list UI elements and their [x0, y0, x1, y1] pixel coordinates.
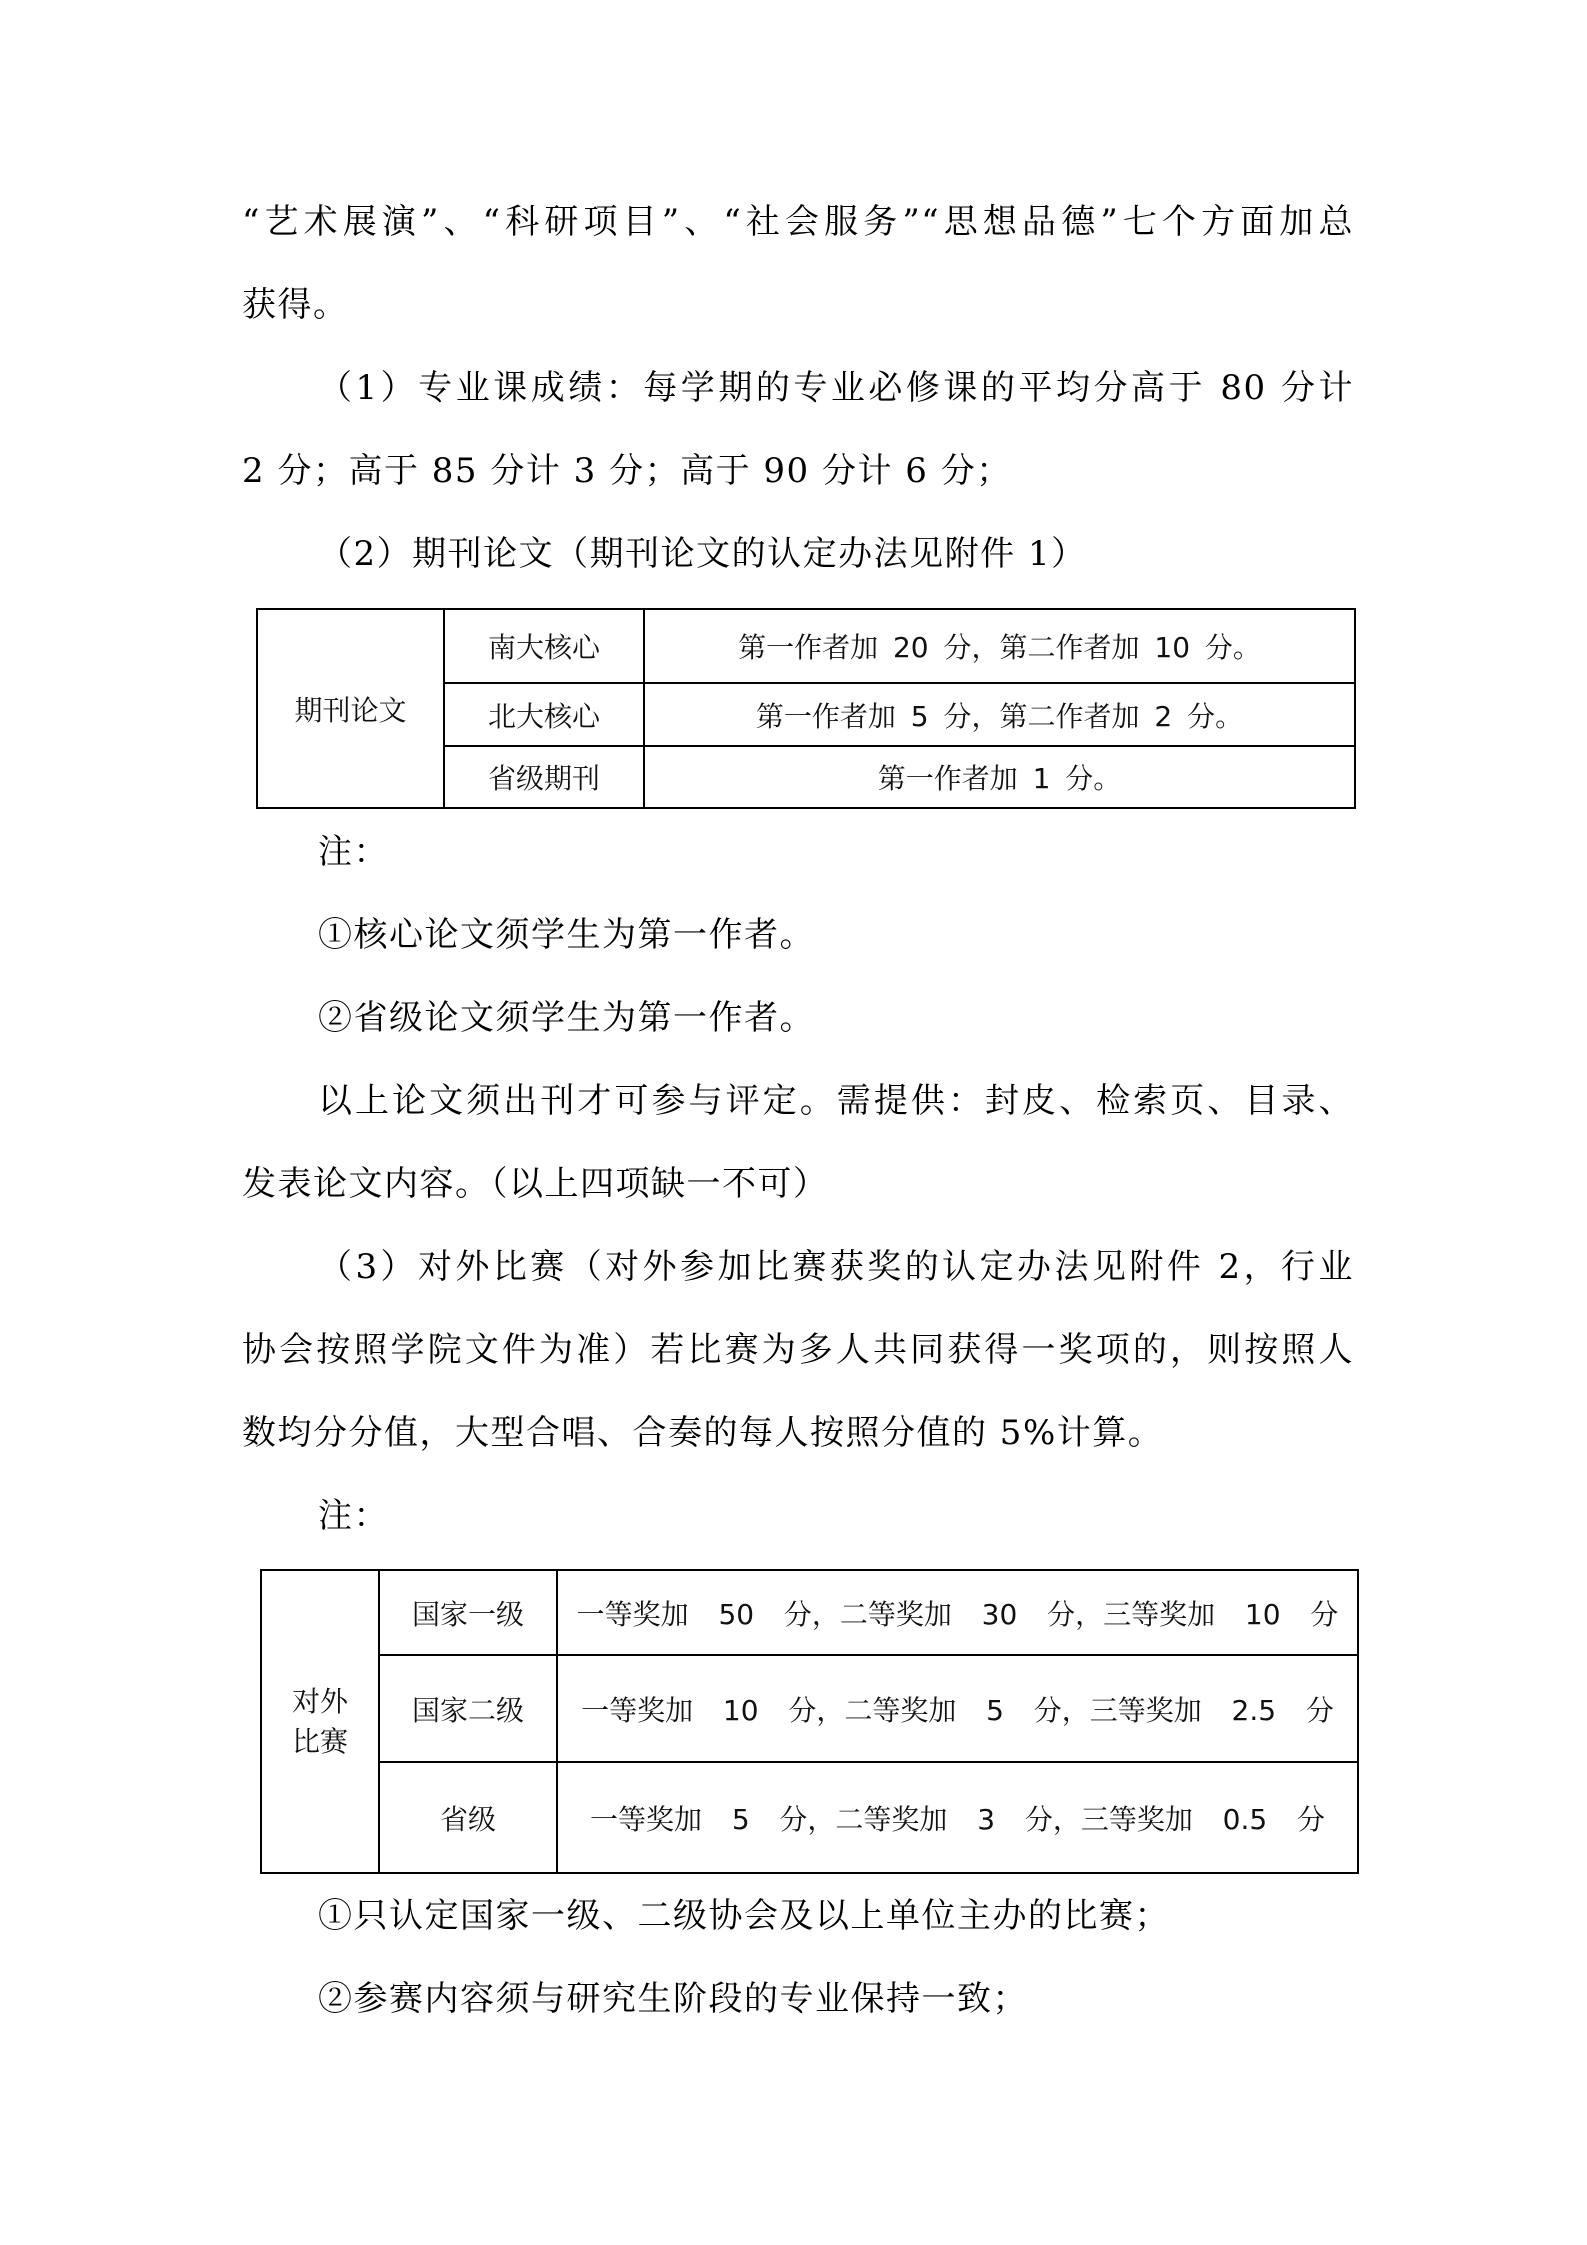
item3-paragraph-line-1: （3）对外比赛（对外参加比赛获奖的认定办法见附件 2，行业: [318, 1247, 1354, 1287]
competition-table: 对外 比赛 国家一级 一等奖加 50 分，二等奖加 30 分，三等奖加 10 分…: [260, 1569, 1359, 1874]
item3-paragraph-line-2: 协会按照学院文件为准）若比赛为多人共同获得一奖项的，则按照人: [242, 1330, 1354, 1370]
journal-paper-table: 期刊论文 南大核心 第一作者加 20 分，第二作者加 10 分。 北大核心 第一…: [256, 608, 1356, 809]
note1-item-1: ①核心论文须学生为第一作者。: [318, 915, 1354, 955]
competition-level-cell: 国家二级: [379, 1655, 557, 1762]
item1-paragraph-line-2: 2 分；高于 85 分计 3 分；高于 90 分计 6 分；: [242, 451, 1354, 491]
competition-level-cell: 国家一级: [379, 1570, 557, 1655]
journal-level-cell: 南大核心: [444, 609, 644, 683]
note2-item-1: ①只认定国家一级、二级协会及以上单位主办的比赛；: [318, 1896, 1354, 1936]
table-row: 对外 比赛 国家一级 一等奖加 50 分，二等奖加 30 分，三等奖加 10 分: [261, 1570, 1358, 1655]
journal-level-cell: 北大核心: [444, 683, 644, 746]
table-row: 省级 一等奖加 5 分，二等奖加 3 分，三等奖加 0.5 分: [261, 1762, 1358, 1873]
item3-paragraph-line-3: 数均分分值，大型合唱、合奏的每人按照分值的 5%计算。: [242, 1413, 1354, 1453]
journal-level-cell: 省级期刊: [444, 746, 644, 808]
note1-label: 注：: [318, 832, 1354, 872]
journal-category-cell: 期刊论文: [257, 609, 444, 808]
journal-score-cell: 第一作者加 20 分，第二作者加 10 分。: [644, 609, 1355, 683]
journal-score-cell: 第一作者加 5 分，第二作者加 2 分。: [644, 683, 1355, 746]
table-row: 国家二级 一等奖加 10 分，二等奖加 5 分，三等奖加 2.5 分: [261, 1655, 1358, 1762]
journal-score-cell: 第一作者加 1 分。: [644, 746, 1355, 808]
competition-score-cell: 一等奖加 5 分，二等奖加 3 分，三等奖加 0.5 分: [557, 1762, 1358, 1873]
note2-label: 注：: [318, 1496, 1354, 1536]
item2-heading: （2）期刊论文（期刊论文的认定办法见附件 1）: [318, 534, 1354, 574]
competition-category-cell: 对外 比赛: [261, 1570, 379, 1873]
item1-paragraph-line-1: （1）专业课成绩：每学期的专业必修课的平均分高于 80 分计: [318, 368, 1354, 408]
competition-category-line-2: 比赛: [262, 1722, 378, 1762]
intro-paragraph-line-2: 获得。: [242, 285, 1354, 325]
note2-item-2: ②参赛内容须与研究生阶段的专业保持一致；: [318, 1979, 1354, 2019]
intro-paragraph-line-1: “艺术展演”、“科研项目”、“社会服务”“思想品德”七个方面加总: [242, 202, 1354, 242]
note1-text-line-1: 以上论文须出刊才可参与评定。需提供：封皮、检索页、目录、: [318, 1081, 1354, 1121]
competition-score-cell: 一等奖加 50 分，二等奖加 30 分，三等奖加 10 分: [557, 1570, 1358, 1655]
competition-category-line-1: 对外: [262, 1682, 378, 1722]
note1-text-line-2: 发表论文内容。（以上四项缺一不可）: [242, 1164, 1354, 1204]
table-row: 期刊论文 南大核心 第一作者加 20 分，第二作者加 10 分。: [257, 609, 1355, 683]
competition-level-cell: 省级: [379, 1762, 557, 1873]
competition-score-cell: 一等奖加 10 分，二等奖加 5 分，三等奖加 2.5 分: [557, 1655, 1358, 1762]
note1-item-2: ②省级论文须学生为第一作者。: [318, 998, 1354, 1038]
